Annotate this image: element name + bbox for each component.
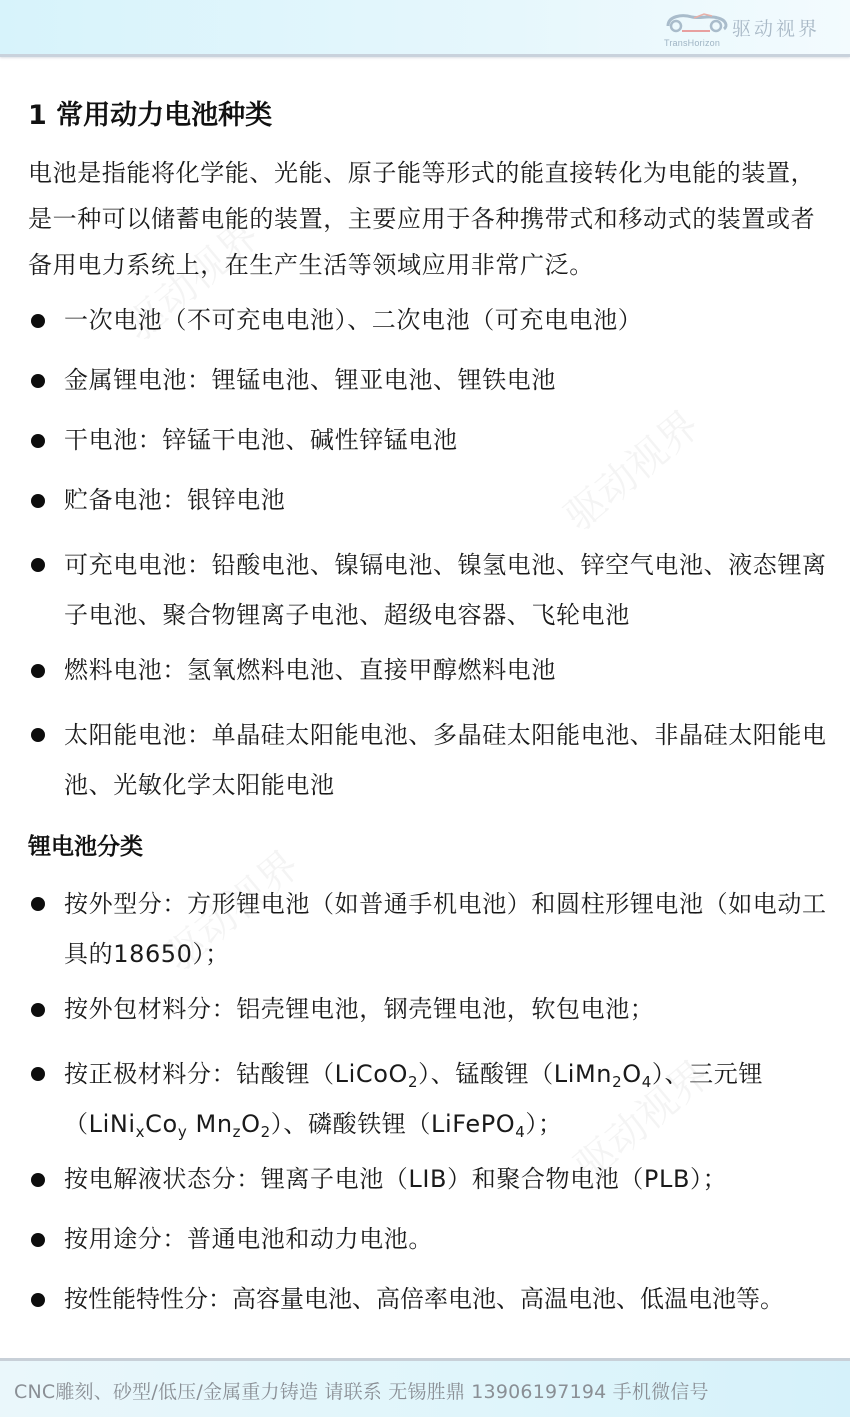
section-title: 1 常用动力电池种类 (28, 90, 828, 142)
bullet-icon (31, 1003, 45, 1017)
intro-paragraph: 电池是指能将化学能、光能、原子能等形式的能直接转化为电能的装置，是一种可以储蓄电… (28, 150, 828, 288)
bullet-icon (31, 1293, 45, 1307)
logo-chinese-text: 驱动视界 (732, 14, 820, 41)
header-band: TransHorizon 驱动视界 (0, 0, 850, 57)
list-item: 太阳能电池：单晶硅太阳能电池、多晶硅太阳能电池、非晶硅太阳能电池、光敏化学太阳能… (28, 710, 828, 810)
list-item: 贮备电池：银锌电池 (28, 480, 828, 520)
car-logo-icon: TransHorizon (664, 10, 730, 46)
list-item: 按外型分：方形锂电池（如普通手机电池）和圆柱形锂电池（如电动工具的18650）； (28, 879, 828, 979)
bullet-icon (31, 897, 45, 911)
formula-lifepo4: LiFePO4 (431, 1110, 525, 1138)
bullet-icon (31, 434, 45, 448)
bullet-icon (31, 314, 45, 328)
list-item: 燃料电池：氢氧燃料电池、直接甲醇燃料电池 (28, 650, 828, 690)
bullet-icon (31, 1233, 45, 1247)
list-item: 按外包材料分：铝壳锂电池，钢壳锂电池，软包电池； (28, 989, 828, 1029)
bullet-icon (31, 494, 45, 508)
bullet-icon (31, 374, 45, 388)
list-item: 金属锂电池：锂锰电池、锂亚电池、锂铁电池 (28, 360, 828, 400)
list-item: 按电解液状态分：锂离子电池（LIB）和聚合物电池（PLB）； (28, 1159, 828, 1199)
article-body: 1 常用动力电池种类 电池是指能将化学能、光能、原子能等形式的能直接转化为电能的… (28, 90, 828, 1319)
formula-nmc: LiNixCoy MnzO2 (89, 1110, 271, 1138)
formula-licoo2: LiCoO2 (335, 1060, 419, 1088)
subsection-title: 锂电池分类 (28, 828, 828, 861)
list-item: 一次电池（不可充电电池）、二次电池（可充电电池） (28, 300, 828, 340)
lithium-classification-list: 按外型分：方形锂电池（如普通手机电池）和圆柱形锂电池（如电动工具的18650）；… (28, 879, 828, 1319)
list-item: 按性能特性分：高容量电池、高倍率电池、高温电池、低温电池等。 (28, 1279, 828, 1319)
logo-english-text: TransHorizon (664, 38, 720, 48)
list-item: 干电池：锌锰干电池、碱性锌锰电池 (28, 420, 828, 460)
list-item: 按正极材料分：钴酸锂（LiCoO2）、锰酸锂（LiMn2O4）、三元锂（LiNi… (28, 1049, 828, 1149)
brand-logo: TransHorizon 驱动视界 (664, 10, 820, 46)
list-item: 按用途分：普通电池和动力电池。 (28, 1219, 828, 1259)
list-item: 可充电电池：铅酸电池、镍镉电池、镍氢电池、锌空气电池、液态锂离子电池、聚合物锂离… (28, 540, 828, 640)
contact-text: CNC雕刻、砂型/低压/金属重力铸造 请联系 无锡胜鼎 13906197194 … (14, 1377, 709, 1404)
footer-band: CNC雕刻、砂型/低压/金属重力铸造 请联系 无锡胜鼎 13906197194 … (0, 1358, 850, 1417)
bullet-icon (31, 1173, 45, 1187)
bullet-icon (31, 558, 45, 572)
formula-limn2o4: LiMn2O4 (554, 1060, 652, 1088)
bullet-icon (31, 728, 45, 742)
cathode-material-text: 按正极材料分：钴酸锂（LiCoO2）、锰酸锂（LiMn2O4）、三元锂（LiNi… (64, 1060, 763, 1138)
battery-types-list: 一次电池（不可充电电池）、二次电池（可充电电池） 金属锂电池：锂锰电池、锂亚电池… (28, 300, 828, 810)
bullet-icon (31, 1067, 45, 1081)
bullet-icon (31, 664, 45, 678)
